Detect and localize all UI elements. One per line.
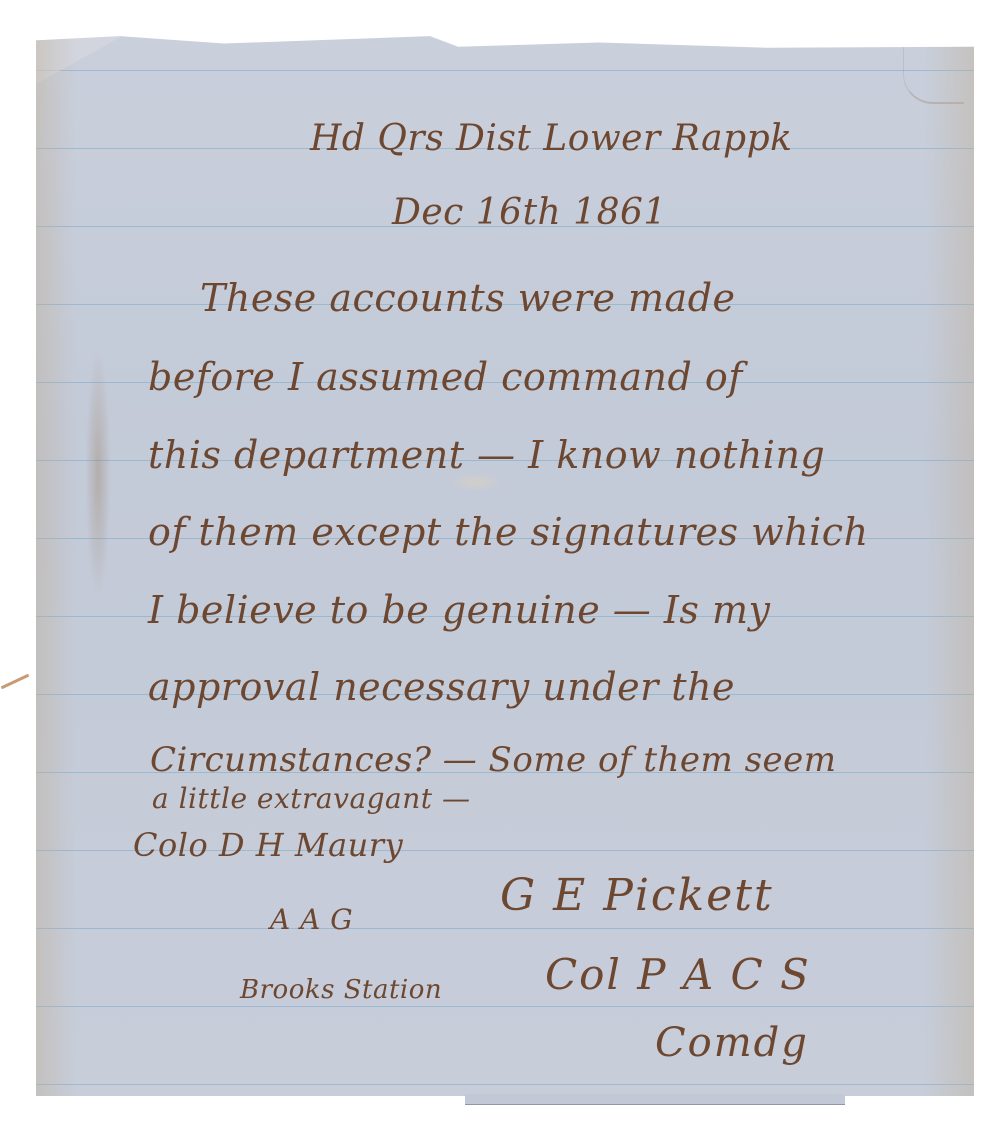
addressee-place: Brooks Station xyxy=(240,975,442,1005)
addressee-title: A A G xyxy=(270,903,353,936)
body-line-2: before I assumed command of xyxy=(148,355,743,399)
body-line-6: approval necessary under the xyxy=(148,665,735,709)
folded-corner xyxy=(36,34,126,84)
torn-edge xyxy=(903,44,964,104)
body-line-3: this department — I know nothing xyxy=(148,433,825,477)
signature-rank: Col P A C S xyxy=(545,950,811,999)
body-line-4: of them except the signatures which xyxy=(148,510,869,554)
body-line-7: Circumstances? — Some of them seem xyxy=(150,740,837,780)
signature-role: Comdg xyxy=(655,1020,809,1066)
body-line-1: These accounts were made xyxy=(200,276,736,320)
letter-date: Dec 16th 1861 xyxy=(392,192,667,233)
underlying-fold xyxy=(465,1094,845,1105)
signature-name: G E Pickett xyxy=(500,870,774,921)
letter-location: Hd Qrs Dist Lower Rappk xyxy=(310,118,792,159)
ink-splatter xyxy=(1,674,29,689)
body-line-8: a little extravagant — xyxy=(152,782,470,815)
addressee-name: Colo D H Maury xyxy=(133,826,403,864)
body-line-5: I believe to be genuine — Is my xyxy=(148,588,770,632)
